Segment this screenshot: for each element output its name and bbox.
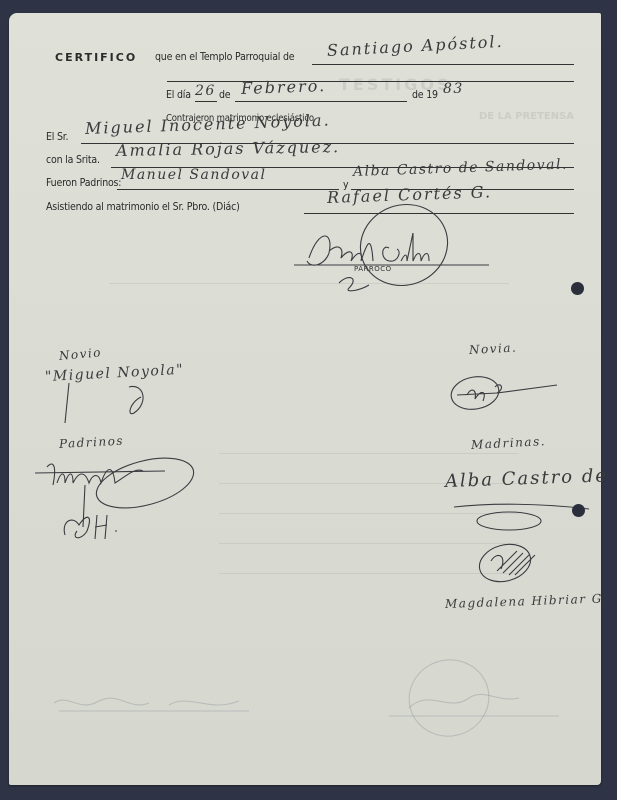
temple-label: que en el Templo Parroquial de — [155, 51, 294, 63]
bleed-through-signature — [49, 683, 269, 723]
godmothers-sig-label: Madrinas. — [471, 434, 547, 452]
punch-hole — [572, 504, 585, 517]
groom-signature-flourish — [49, 373, 169, 433]
godfather-signature-1 — [35, 455, 215, 565]
month-label: de — [219, 89, 230, 101]
godmother-value: Alba Castro de Sandoval. — [353, 157, 568, 180]
godmother-signature-1-flourish — [449, 497, 599, 537]
temple-continuation-line — [167, 81, 574, 82]
day-value: 26 — [195, 83, 216, 99]
bleed-through-line — [219, 573, 519, 574]
groom-value: Miguel Inocente Noyola. — [85, 110, 331, 138]
godmother-signature-2: Magdalena Hibriar G. — [445, 591, 608, 611]
godfathers-sig-label: Padrinos — [59, 434, 125, 451]
groom-label: El Sr. — [46, 131, 68, 143]
priest-label: Asistiendo al matrimonio el Sr. Pbro. (D… — [46, 201, 240, 213]
godmother-signature-2-mark — [477, 541, 567, 601]
godparents-label: Fueron Padrinos: — [46, 177, 121, 189]
certificate-page: TESTIGOS DE LA PRETENSA CERTIFICO que en… — [9, 13, 601, 785]
punch-hole — [571, 282, 584, 295]
certificate-heading: CERTIFICO — [55, 51, 137, 64]
month-underline — [235, 101, 407, 102]
temple-value: Santiago Apóstol. — [327, 32, 505, 60]
priest-signature — [289, 203, 509, 293]
priest-title: PARROCO — [354, 265, 392, 273]
bleed-through-text: DE LA PRETENSA — [479, 111, 574, 122]
bride-sig-label: Novia. — [469, 340, 518, 357]
bride-value: Amalia Rojas Vázquez. — [116, 137, 340, 160]
groom-sig-label: Novio — [58, 345, 102, 363]
year-label: de 19 — [412, 89, 438, 101]
day-label: El día — [166, 89, 191, 101]
bleed-through-line — [219, 453, 519, 454]
bleed-through-line — [219, 543, 519, 544]
bride-signature — [447, 373, 567, 423]
year-value: 83 — [443, 81, 464, 97]
godfather-underline — [117, 189, 339, 190]
godmother-signature-1: Alba Castro de S — [445, 465, 617, 492]
month-value: Febrero. — [241, 76, 327, 98]
temple-underline — [312, 64, 574, 65]
bride-label: con la Srita. — [46, 154, 100, 166]
godfather-value: Manuel Sandoval — [121, 167, 267, 183]
bleed-through-signature — [389, 658, 589, 748]
day-underline — [195, 101, 217, 102]
